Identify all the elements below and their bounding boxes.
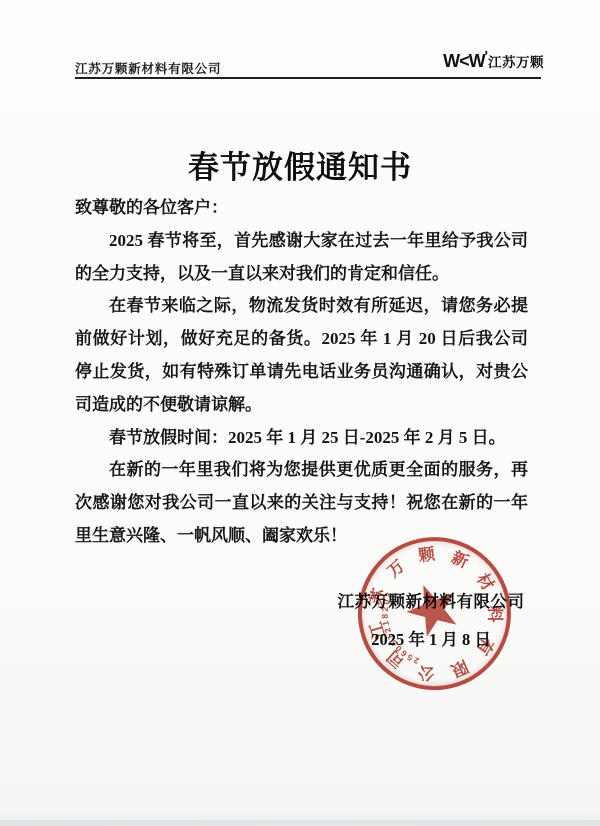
- salutation: 致尊敬的各位客户：: [75, 192, 528, 225]
- body-paragraphs: 2025 春节将至，首先感谢大家在过去一年里给予我公司的全力支持，以及一直以来对…: [75, 225, 528, 553]
- seal-serial-digit: 8: [381, 614, 390, 619]
- seal-arc-char: 公: [417, 663, 436, 682]
- scan-artifact: [0, 820, 600, 826]
- seal-arc-char: 料: [486, 606, 503, 623]
- header-rule: [75, 77, 541, 79]
- document-page: 江苏万颗新材料有限公司 W<W'江苏万颗 春节放假通知书 致尊敬的各位客户： 2…: [0, 0, 600, 826]
- header-company-name: 江苏万颗新材料有限公司: [75, 59, 221, 77]
- company-logo: W<W'江苏万颗: [443, 51, 544, 72]
- paragraph: 2025 春节将至，首先感谢大家在过去一年里给予我公司的全力支持，以及一直以来对…: [75, 225, 528, 291]
- paragraph: 在春节来临之际，物流发货时效有所延迟，请您务必提前做好计划，做好充足的备货。20…: [75, 290, 528, 421]
- logo-mark: W<W: [443, 51, 485, 71]
- seal-serial-digit: 2: [381, 606, 390, 612]
- seal-arc-char: 颗: [417, 546, 436, 565]
- paragraph: 春节放假时间：2025 年 1 月 25 日-2025 年 2 月 5 日。: [75, 422, 528, 455]
- document-body: 致尊敬的各位客户： 2025 春节将至，首先感谢大家在过去一年里给予我公司的全力…: [75, 192, 528, 553]
- document-title: 春节放假通知书: [0, 142, 600, 187]
- logo-text: 江苏万颗: [488, 55, 544, 70]
- company-seal: 江苏万颗新材料有限公司 202812150652: [348, 527, 522, 701]
